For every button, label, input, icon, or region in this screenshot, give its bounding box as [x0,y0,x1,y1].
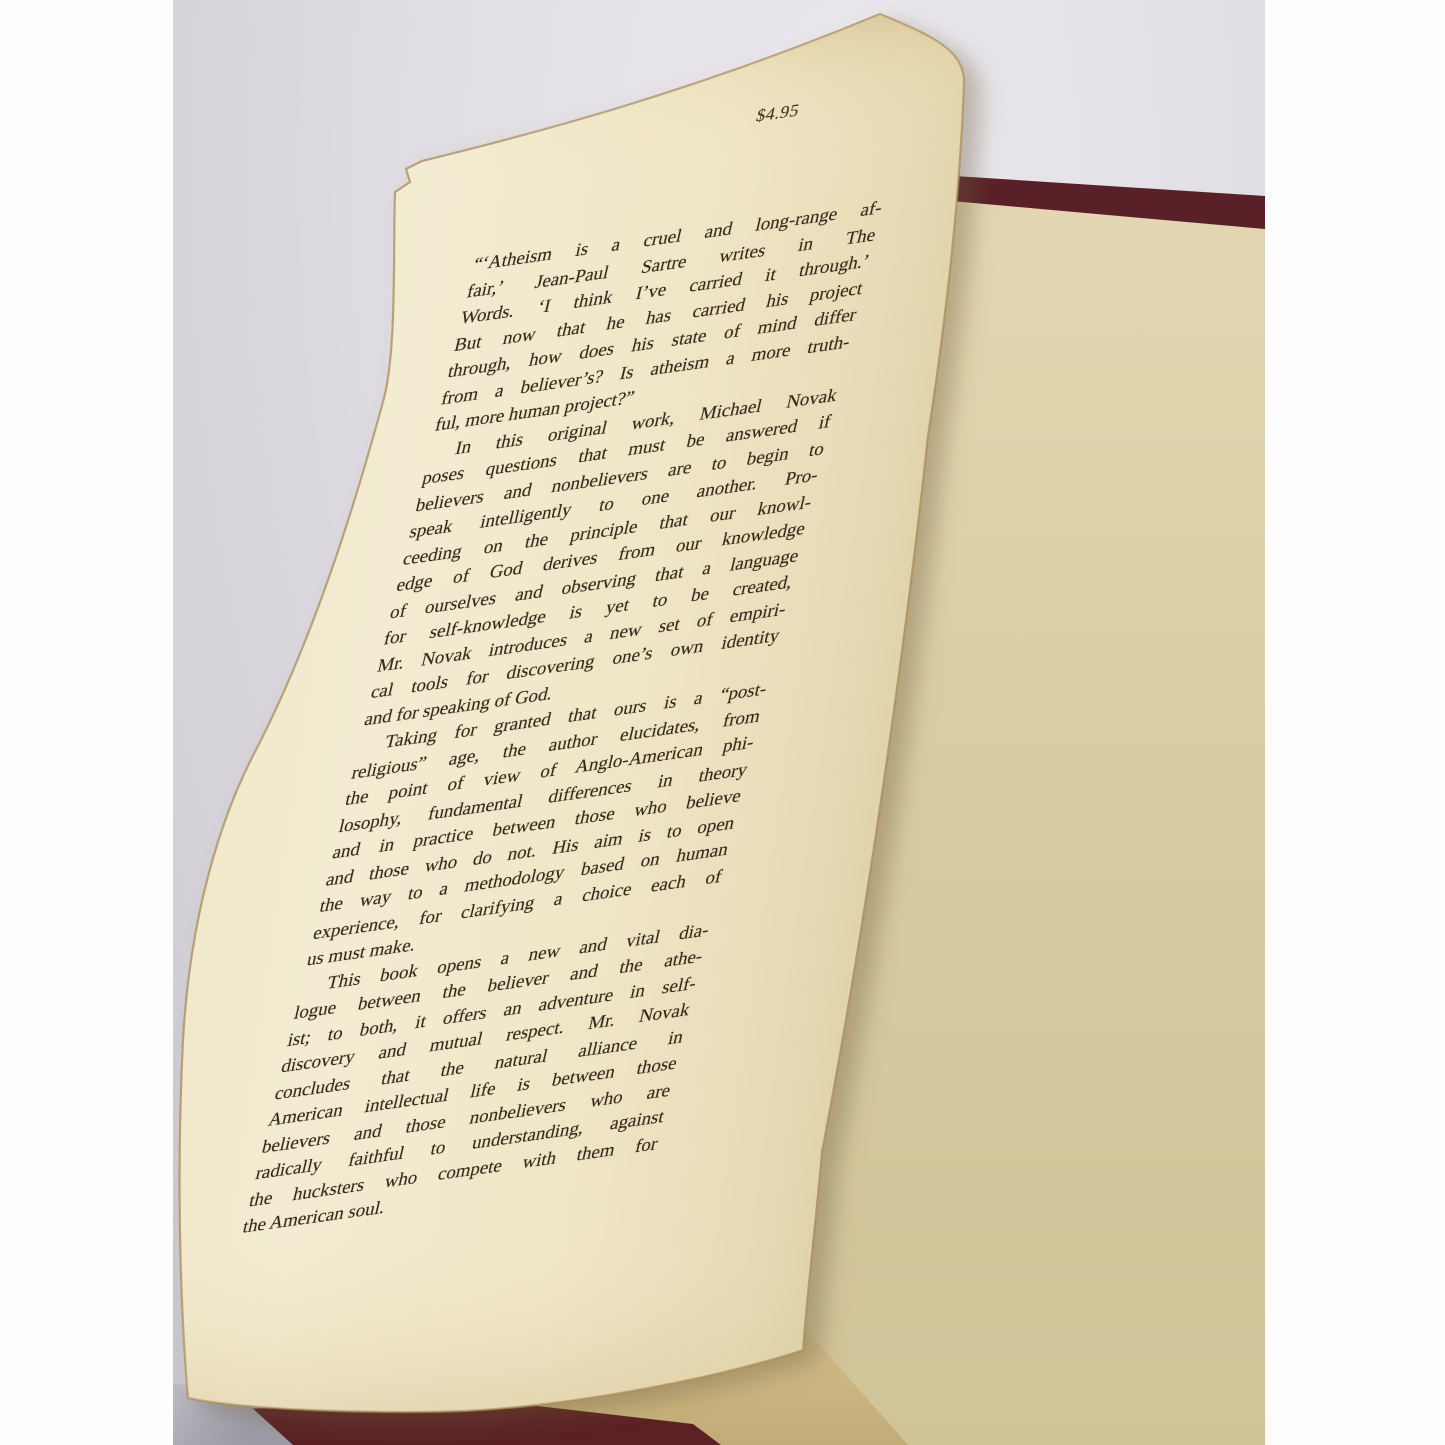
right-white-margin [1265,0,1445,1445]
left-white-margin [0,0,173,1445]
photo-area: $4.95 “‘Atheism is a cruel and long-rang… [173,0,1265,1445]
book-photo-scene: $4.95 “‘Atheism is a cruel and long-rang… [0,0,1445,1445]
